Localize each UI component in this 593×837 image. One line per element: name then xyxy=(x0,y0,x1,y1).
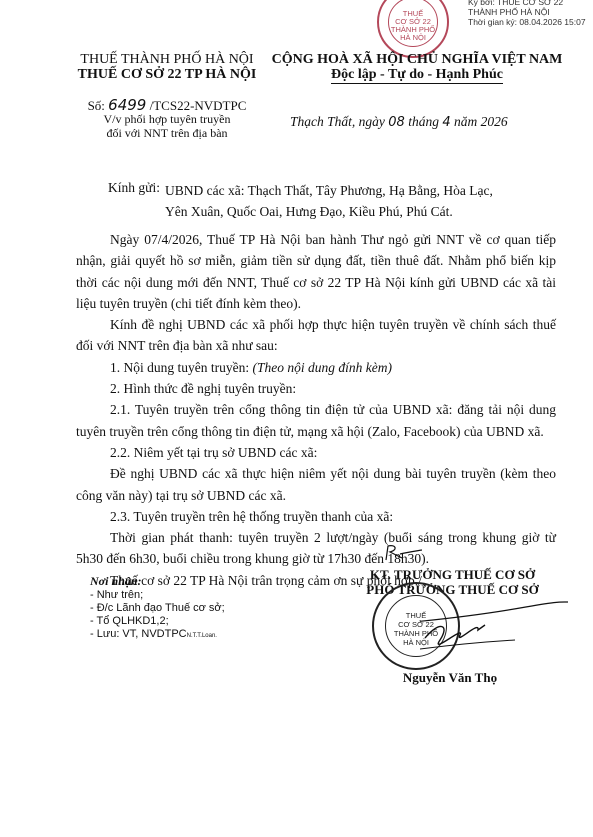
recipient-line: Yên Xuân, Quốc Oai, Hưng Đạo, Kiều Phú, … xyxy=(165,201,565,222)
number-suffix: /TCS22-NVDTPC xyxy=(150,98,247,113)
receivers-block: Nơi nhận: - Như trên; - Đ/c Lãnh đạo Thu… xyxy=(90,575,225,643)
digital-signature-info: Ký bởi: THUẾ CƠ SỞ 22 THÀNH PHỐ HÀ NỘI T… xyxy=(468,0,593,27)
recipient-line: UBND các xã: Thạch Thất, Tây Phương, Hạ … xyxy=(165,180,565,201)
place-date: Thạch Thất, ngày 08 tháng 4 năm 2026 xyxy=(290,114,580,130)
document-subject: V/v phối hợp tuyên truyền đối với NNT tr… xyxy=(62,112,272,140)
paragraph-intro: Ngày 07/4/2026, Thuế TP Hà Nội ban hành … xyxy=(76,229,556,314)
signed-time: Thời gian ký: 08.04.2026 15:07 xyxy=(468,17,593,27)
signed-by: Ký bởi: THUẾ CƠ SỞ 22 THÀNH PHỐ HÀ NỘI xyxy=(468,0,593,17)
item-2-3-body: Thời gian phát thanh: tuyên truyền 2 lượ… xyxy=(76,527,556,570)
handwritten-signature-icon xyxy=(420,600,570,660)
year-label: năm 2026 xyxy=(454,114,508,129)
recipient-label: Kính gửi: xyxy=(108,180,160,196)
place-prefix: Thạch Thất, ngày xyxy=(290,114,385,129)
signer-name: Nguyễn Văn Thọ xyxy=(370,670,530,686)
item-1: 1. Nội dung tuyên truyền: (Theo nội dung… xyxy=(76,357,556,378)
item-2-2-body: Đề nghị UBND các xã thực hiện niêm yết n… xyxy=(76,463,556,506)
receiver-item: - Lưu: VT, NVDTPCN.T.T.Loan. xyxy=(90,628,225,643)
month-handwritten: 4 xyxy=(442,115,450,130)
signer-role-2: PHÓ TRƯỞNG THUẾ CƠ SỞ xyxy=(340,582,565,598)
day-handwritten: 08 xyxy=(388,115,405,130)
seal-line: HÀ NỘI xyxy=(379,34,447,43)
national-title: CỘNG HOÀ XÃ HỘI CHỦ NGHĨA VIỆT NAM xyxy=(262,52,572,68)
month-label: tháng xyxy=(408,114,439,129)
digital-seal-stamp: THUẾ CƠ SỞ 22 THÀNH PHỐ HÀ NỘI xyxy=(377,0,449,58)
drafter-initials: N.T.T.Loan. xyxy=(187,633,217,639)
item-2: 2. Hình thức đề nghị tuyên truyền: xyxy=(76,378,556,399)
initial-mark-icon xyxy=(382,542,422,564)
item-1-label: 1. Nội dung tuyên truyền: xyxy=(110,360,252,375)
item-2-3: 2.3. Tuyên truyền trên hệ thống truyền t… xyxy=(76,506,556,527)
motto-text: Độc lập - Tự do - Hạnh Phúc xyxy=(331,67,503,84)
receivers-title: Nơi nhận: xyxy=(90,575,225,588)
signer-role-1: KT. TRƯỞNG THUẾ CƠ SỞ xyxy=(340,567,565,583)
paragraph-request: Kính đề nghị UBND các xã phối hợp thực h… xyxy=(76,314,556,357)
receiver-item: - Tổ QLHKD1,2; xyxy=(90,615,225,628)
subject-line: V/v phối hợp tuyên truyền xyxy=(62,112,272,126)
receivers-title-text: Nơi nhận xyxy=(90,574,137,588)
subject-line: đối với NNT trên địa bàn xyxy=(62,126,272,140)
org-child: THUẾ CƠ SỞ 22 TP HÀ NỘI xyxy=(62,67,272,83)
national-motto: Độc lập - Tự do - Hạnh Phúc xyxy=(262,67,572,83)
item-1-value: (Theo nội dung đính kèm) xyxy=(252,360,391,375)
receiver-item: - Như trên; xyxy=(90,589,225,602)
org-parent: THUẾ THÀNH PHỐ HÀ NỘI xyxy=(62,52,272,68)
receiver-item-text: - Lưu: VT, NVDTPC xyxy=(90,628,187,640)
receiver-item: - Đ/c Lãnh đạo Thuế cơ sở; xyxy=(90,602,225,615)
number-prefix: Số: xyxy=(88,98,105,113)
item-2-2: 2.2. Niêm yết tại trụ sở UBND các xã: xyxy=(76,442,556,463)
recipient-list: UBND các xã: Thạch Thất, Tây Phương, Hạ … xyxy=(165,180,565,222)
item-2-1: 2.1. Tuyên truyền trên cổng thông tin đi… xyxy=(76,399,556,442)
document-body: Ngày 07/4/2026, Thuế TP Hà Nội ban hành … xyxy=(76,229,556,591)
